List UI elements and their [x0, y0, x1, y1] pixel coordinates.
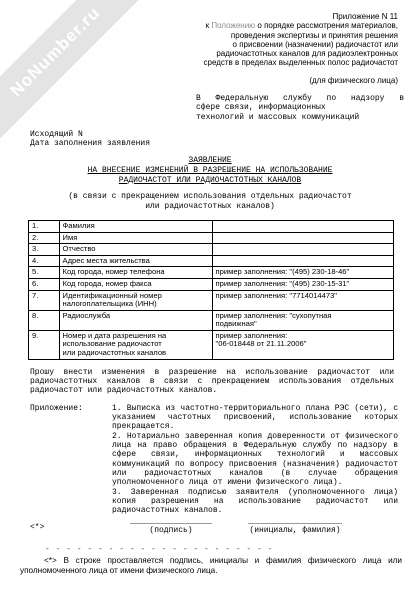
attachments-label: Приложение: — [30, 404, 112, 516]
table-row: 3. Отчество — [29, 244, 394, 256]
regulation-line-5: средств в пределах выделенных полос ради… — [0, 58, 398, 67]
row-value[interactable] — [212, 255, 393, 267]
footnote-marker: <*> — [30, 523, 48, 532]
initials-surname-label: (инициалы, фамилия) — [249, 526, 340, 535]
subtitle-line: или радиочастотных каналов) — [0, 202, 420, 211]
row-number: 4. — [29, 255, 60, 267]
signature-field-label: (подпись) — [149, 526, 192, 535]
row-label: Отчество — [59, 244, 212, 256]
row-number: 8. — [29, 310, 60, 330]
row-label: Фамилия — [59, 220, 212, 232]
row-value: пример заполнения: "(495) 230-15-31" — [212, 278, 393, 290]
table-row: 9. Номер и дата разрешения на использова… — [29, 330, 394, 359]
document-title: ЗАЯВЛЕНИЕ НА ВНЕСЕНИЕ ИЗМЕНЕНИЙ В РАЗРЕШ… — [0, 156, 420, 185]
regulation-reference-line: к Положению о порядке рассмотрения матер… — [0, 21, 398, 30]
row-value: пример заполнения: "сухопутная подвижная… — [212, 310, 393, 330]
row-number: 1. — [29, 220, 60, 232]
table-row: 1. Фамилия — [29, 220, 394, 232]
attachments-block: Приложение: 1. Выписка из частотно-терри… — [30, 404, 398, 516]
table-row: 7. Идентификационный номер налогоплатель… — [29, 290, 394, 310]
outgoing-number-label: Исходящий N — [30, 130, 420, 140]
fill-date-label: Дата заполнения заявления — [30, 139, 420, 149]
request-paragraph: Прошу внести изменения в разрешение на и… — [30, 368, 394, 396]
row-value: пример заполнения: "7714014473" — [212, 290, 393, 310]
row-number: 6. — [29, 278, 60, 290]
application-form-page: NoNumber.ru Приложение N 11 к Положению … — [0, 0, 420, 600]
table-row: 4. Адрес места жительства — [29, 255, 394, 267]
attachments-list: 1. Выписка из частотно-территориального … — [112, 404, 398, 516]
row-value: пример заполнения: "(495) 230-18-46" — [212, 267, 393, 279]
regulation-link[interactable]: Положению — [211, 21, 255, 30]
row-number: 7. — [29, 290, 60, 310]
table-row: 2. Имя — [29, 232, 394, 244]
row-label: Код города, номер телефона — [59, 267, 212, 279]
attachment-item: 2. Нотариально заверенная копия доверенн… — [112, 432, 398, 488]
attachment-item: 1. Выписка из частотно-территориального … — [112, 404, 398, 432]
row-value[interactable] — [212, 232, 393, 244]
appendix-number: Приложение N 11 — [0, 12, 398, 21]
addressee-line: В Федеральную службу по надзору в — [196, 94, 404, 103]
regulation-line-4: радиочастотных каналов для радиоэлектрон… — [0, 49, 398, 58]
addressee-line: сфере связи, информационных — [196, 103, 404, 112]
row-value: пример заполнения: "06-018448 от 21.11.2… — [212, 330, 393, 359]
signature-row: <*> (подпись) (инициалы, фамилия) — [30, 523, 420, 535]
addressee-block: В Федеральную службу по надзору в сфере … — [196, 94, 404, 122]
row-number: 3. — [29, 244, 60, 256]
row-label: Имя — [59, 232, 212, 244]
meta-block: Исходящий N Дата заполнения заявления — [30, 130, 420, 149]
row-number: 9. — [29, 330, 60, 359]
document-content: Приложение N 11 к Положению о порядке ра… — [0, 12, 420, 576]
row-label: Идентификационный номер налогоплательщик… — [59, 290, 212, 310]
table-row: 8. Радиослужба пример заполнения: "сухоп… — [29, 310, 394, 330]
title-line: НА ВНЕСЕНИЕ ИЗМЕНЕНИЙ В РАЗРЕШЕНИЕ НА ИС… — [0, 166, 420, 176]
table-row: 6. Код города, номер факса пример заполн… — [29, 278, 394, 290]
table-row: 5. Код города, номер телефона пример зап… — [29, 267, 394, 279]
regulation-line-2: проведения экспертизы и принятия решения — [0, 31, 398, 40]
row-value[interactable] — [212, 220, 393, 232]
footnote-text: <*> В строке проставляется подпись, иниц… — [20, 556, 402, 576]
initials-surname-field[interactable]: (инициалы, фамилия) — [248, 523, 342, 535]
footnote-separator: - - - - - - - - - - - - - - - - - - - - … — [45, 545, 420, 554]
appendix-header: Приложение N 11 к Положению о порядке ра… — [0, 12, 398, 85]
row-label: Адрес места жительства — [59, 255, 212, 267]
row-label: Номер и дата разрешения на использование… — [59, 330, 212, 359]
title-line: ЗАЯВЛЕНИЕ — [0, 156, 420, 166]
signature-field[interactable]: (подпись) — [130, 523, 212, 535]
regulation-suffix: о порядке рассмотрения материалов, — [255, 21, 398, 30]
addressee-line: технологий и массовых коммуникаций — [196, 113, 404, 122]
row-value[interactable] — [212, 244, 393, 256]
regulation-line-3: о присвоении (назначении) радиочастот ил… — [0, 40, 398, 49]
row-number: 2. — [29, 232, 60, 244]
row-label: Код города, номер факса — [59, 278, 212, 290]
row-number: 5. — [29, 267, 60, 279]
row-label: Радиослужба — [59, 310, 212, 330]
person-type-note: (для физического лица) — [0, 76, 398, 85]
document-subtitle: (в связи с прекращением использования от… — [0, 192, 420, 211]
subtitle-line: (в связи с прекращением использования от… — [0, 192, 420, 201]
applicant-details-table: 1. Фамилия 2. Имя 3. Отчество 4. Адрес м… — [28, 220, 394, 360]
attachment-item: 3. Заверенная подписью заявителя (уполно… — [112, 488, 398, 516]
title-line: РАДИОЧАСТОТ ИЛИ РАДИОЧАСТОТНЫХ КАНАЛОВ — [0, 176, 420, 186]
